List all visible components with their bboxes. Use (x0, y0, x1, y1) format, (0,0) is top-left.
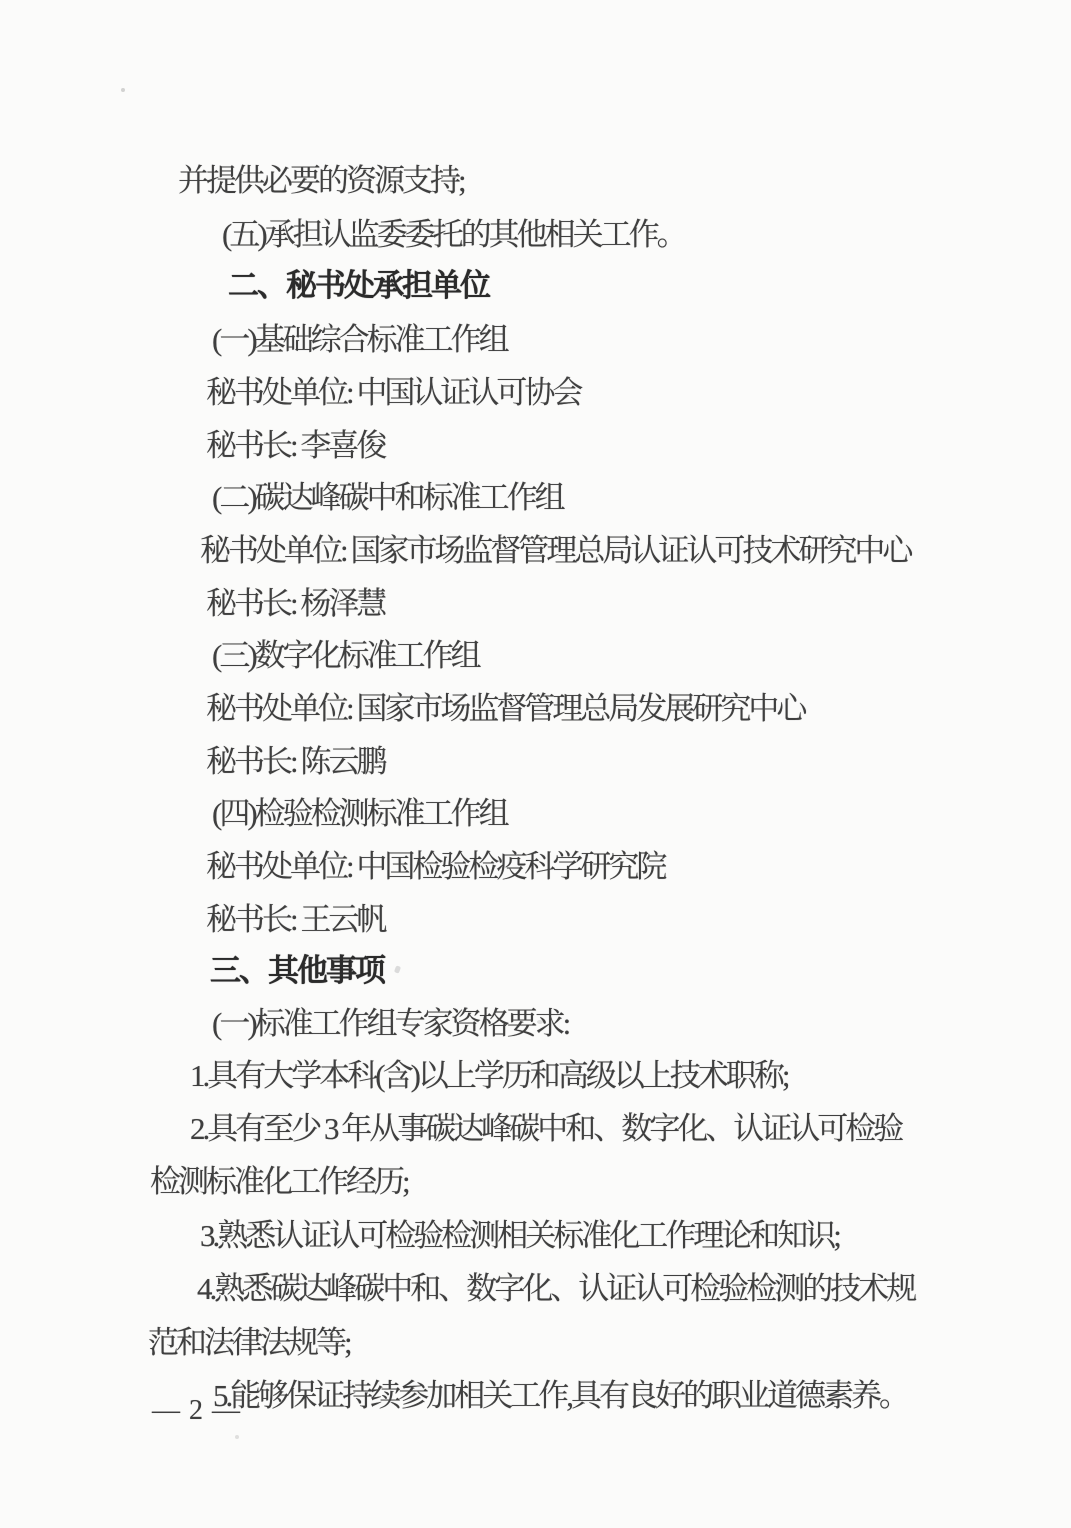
line-group-4-secretariat-unit: 秘书处单位: 中国检验检疫科学研究院 (206, 849, 664, 885)
line-requirement-4-continuation: 范和法律法规等; (148, 1325, 350, 1361)
scan-artifact (394, 965, 401, 973)
line-requirement-1: 1.具有大学本科(含)以上学历和高级以上技术职称; (190, 1058, 788, 1094)
line-requirement-2-continuation: 检测标准化工作经历; (150, 1164, 408, 1200)
line-group-3-secretary-general: 秘书长: 陈云鹏 (206, 744, 384, 780)
line-group-2-secretary-general: 秘书长: 杨泽慧 (206, 586, 384, 622)
line-requirement-5: 5.能够保证持续参加相关工作,具有良好的职业道德素养。 (213, 1378, 907, 1414)
line-expert-qualification-title: (一)标准工作组专家资格要求: (212, 1006, 568, 1042)
heading-section-3-other-matters: 三、其他事项 (210, 953, 384, 989)
line-group-1-secretary-general: 秘书长: 李喜俊 (206, 428, 384, 464)
document-page: { "colors": { "paper": "#fbfbfa", "ink":… (0, 0, 1071, 1528)
heading-section-2-secretariat-units: 二、秘书处承担单位 (228, 268, 489, 304)
line-group-2-secretariat-unit: 秘书处单位: 国家市场监督管理总局认证认可技术研究中心 (200, 533, 910, 569)
line-group-4-title: (四)检验检测标准工作组 (212, 796, 507, 832)
line-group-1-secretariat-unit: 秘书处单位: 中国认证认可协会 (206, 375, 580, 411)
scan-artifact (121, 88, 125, 92)
line-requirement-4: 4.熟悉碳达峰碳中和、数字化、认证认可检验检测的技术规 (197, 1271, 914, 1307)
line-group-2-title: (二)碳达峰碳中和标准工作组 (212, 480, 563, 516)
scan-artifact (235, 1435, 239, 1439)
scan-artifact (537, 1020, 543, 1024)
line-requirement-3: 3.熟悉认证认可检验检测相关标准化工作理论和知识; (200, 1218, 839, 1254)
page-canvas: 并提供必要的资源支持; (五)承担认监委委托的其他相关工作。 二、秘书处承担单位… (0, 0, 1071, 1528)
line-requirement-2: 2.具有至少 3 年从事碳达峰碳中和、数字化、认证认可检验 (190, 1111, 901, 1147)
line-resource-support-continuation: 并提供必要的资源支持; (178, 163, 464, 199)
line-group-4-secretary-general: 秘书长: 王云帆 (206, 902, 384, 938)
line-item-5-other-entrusted-work: (五)承担认监委委托的其他相关工作。 (222, 217, 685, 253)
line-group-3-secretariat-unit: 秘书处单位: 国家市场监督管理总局发展研究中心 (206, 691, 804, 727)
page-number: — 2 — (152, 1395, 241, 1427)
line-group-3-title: (三)数字化标准工作组 (212, 638, 479, 674)
line-group-1-title: (一)基础综合标准工作组 (212, 322, 507, 358)
